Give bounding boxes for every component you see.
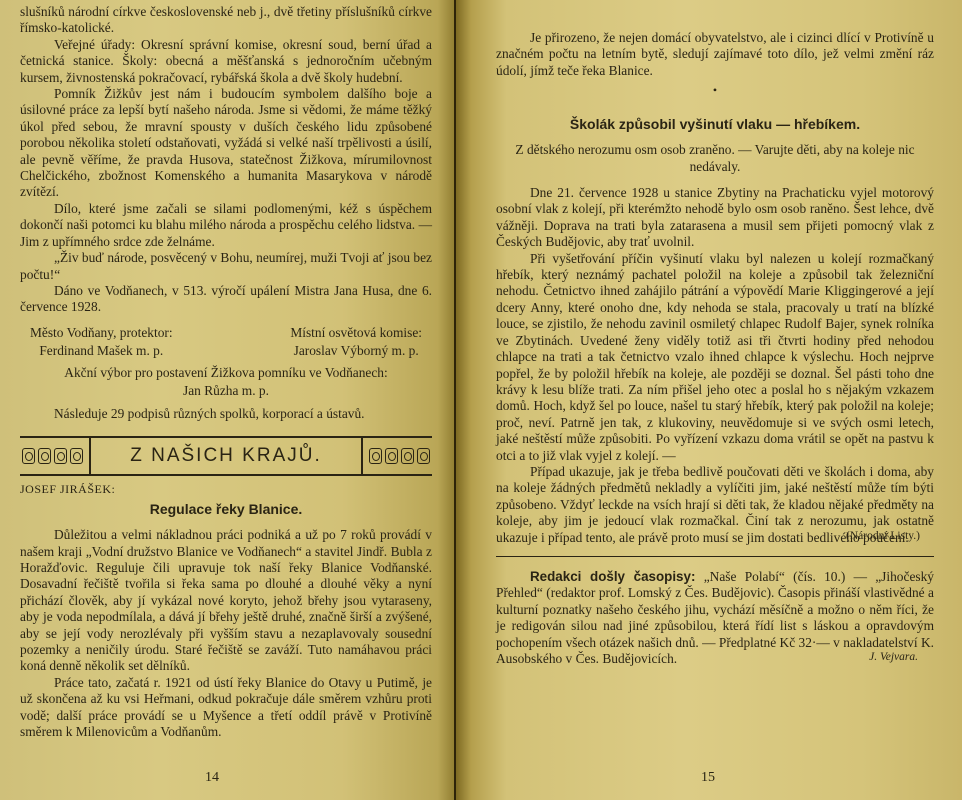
ornament-right-icon: [363, 438, 432, 474]
page-number: 14: [205, 770, 219, 786]
article-paragraph: Dne 21. července 1928 u stanice Zbytiny …: [496, 185, 934, 251]
right-page: Je přirozeno, že nejen domácí obyvatelst…: [456, 0, 962, 800]
paragraph-offices: Veřejné úřady: Okresní správní komise, o…: [20, 37, 432, 86]
quote: „Živ buď národe, posvěcený v Bohu, neumí…: [20, 250, 432, 283]
article-subtitle: Z dětského nerozumu osm osob zraněno. — …: [496, 142, 934, 175]
article-paragraph: Při vyšetřování příčin vyšinutí vlaku by…: [496, 251, 934, 464]
separator: •: [496, 83, 934, 98]
paragraph-work: Dílo, které jsme začali se silami podlom…: [20, 201, 432, 250]
divider: [496, 556, 934, 557]
committee-title: Akční výbor pro postavení Žižkova pomník…: [20, 364, 432, 382]
page-number: 15: [701, 770, 715, 786]
signature-right: Místní osvětová komise: Jaroslav Výborný…: [290, 324, 422, 360]
article-paragraph: Důležitou a velmi nákladnou práci podnik…: [20, 527, 432, 675]
continuation-paragraph: Je přirozeno, že nejen domácí obyvatelst…: [496, 30, 934, 79]
ornament-left-icon: [20, 438, 89, 474]
committee-name: Jan Růzha m. p.: [20, 382, 432, 400]
dated-line: Dáno ve Vodňanech, v 513. výročí upálení…: [20, 283, 432, 316]
section-title: Z NAŠICH KRAJŮ.: [89, 438, 363, 474]
paragraph-monument: Pomník Žižkův jest nám i budoucím symbol…: [20, 86, 432, 201]
article-author: JOSEF JIRÁŠEK:: [20, 482, 432, 497]
signature-row: Město Vodňany, protektor: Ferdinand Maše…: [20, 324, 432, 360]
article-title: Regulace řeky Blanice.: [20, 501, 432, 517]
continuation-paragraph: slušníků národní církve československé n…: [20, 4, 432, 37]
signatures-followup: Následuje 29 podpisů různých spolků, kor…: [20, 406, 432, 422]
signature-left: Město Vodňany, protektor: Ferdinand Maše…: [30, 324, 173, 360]
article-title: Školák způsobil vyšinutí vlaku — hřebíke…: [496, 116, 934, 132]
notice-lead: Redakci došly časopisy:: [530, 569, 695, 584]
left-page: slušníků národní církve československé n…: [0, 0, 456, 800]
section-header: Z NAŠICH KRAJŮ.: [20, 436, 432, 476]
article-paragraph: Práce tato, začatá r. 1921 od ústí řeky …: [20, 675, 432, 741]
book-spread: slušníků národní církve československé n…: [0, 0, 962, 800]
